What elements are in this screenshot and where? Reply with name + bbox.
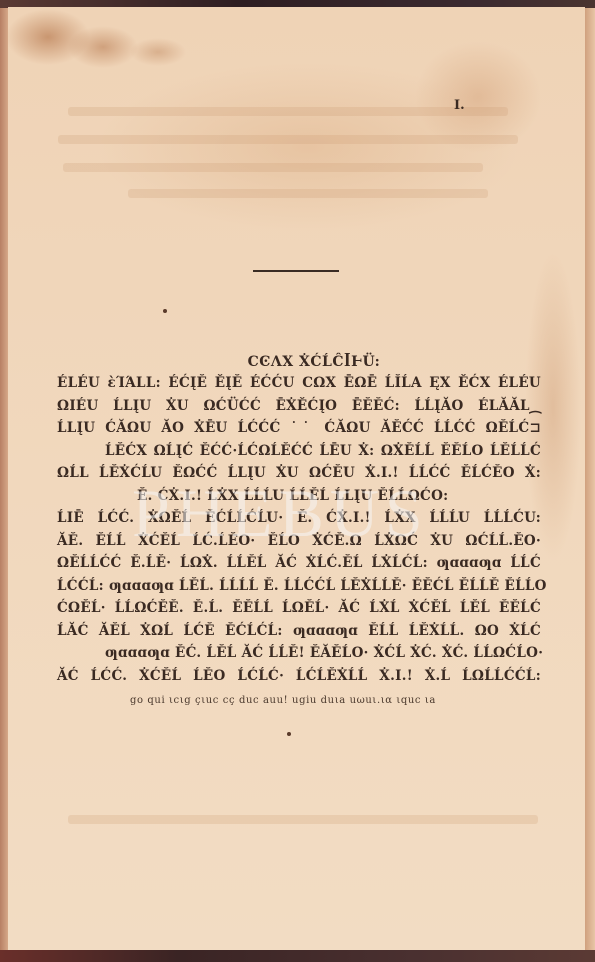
page-left-edge [0, 8, 8, 950]
text-line: ĹLĮU ĆĂΩU ĂO ẊĒU ĹĆĆĆ ˙˙ ĆĂΩU ĂĔĆĆ ĹĹĆĆ … [57, 417, 541, 440]
section-rule [253, 270, 339, 272]
page-right-edge [585, 8, 595, 950]
text-line: ƣɑɑɑƣɑ ĔĆ. ĹĔĹ ĂĆ ĹĹĔ! ĔĂĔĹO· ẊĆĹ ẊĆ. ẊĆ… [57, 642, 541, 665]
ink-speck [163, 309, 167, 313]
page-number: I. [454, 98, 465, 113]
text-line: ĂĆ ĹĆĆ. ẊĆĔĹ ĹĔO ĹĆĹĆ· ĹĆĹĔẊĹĹ Ẋ.I.! Ẋ.Ĺ… [57, 665, 541, 688]
body-text: ϹϾɅX ẊĆĹĈꟾⱵÜ: ÉLÉU ὲΊΆLL: ÉĆĮĔ ĚĮĔ ÉĆĆU … [57, 352, 541, 687]
text-line: ÉLÉU ὲΊΆLL: ÉĆĮĔ ĚĮĔ ÉĆĆU ϹΩX ĒΩĒ ĹĬĹA Ę… [57, 372, 541, 395]
text-line: ĹĆĆĹ: ƣɑɑɑƣɑ ĹĔĹ. ĹĹĹĹ Ĕ. ĹĹĆĆĹ ĹĔẊĹĹĔ· … [57, 575, 541, 598]
bleed-through-text [58, 135, 518, 144]
bleed-through-text [63, 163, 483, 172]
footer-line: go qui ιcιg çιuc cç duc auu! ugiu duιa u… [130, 695, 436, 706]
text-line: Ĕ. ĆẊ.I.! ĹẊX ĹĹĹU ĹĹĔĹ ĹLĮU ĔĹĹΩĆO: [57, 485, 541, 508]
text-line: ĹĔĆX ΩĹĮĆ ĔĆĆ·ĹĆΩĹĔĆĆ ĹĒU Ẋ: ΩẊĔĹĹ ĔĔĹO … [57, 440, 541, 463]
bleed-through-text [68, 815, 538, 824]
text-line: ΩĹL ĹĔẊĆĹU ĔΩĆĆ ĹLĮU ẊU ΩĆĔU Ẋ.I.! ĹĹĆĆ … [57, 462, 541, 485]
bleed-through-text [68, 107, 508, 116]
section-heading: ϹϾɅX ẊĆĹĈꟾⱵÜ: [57, 352, 541, 372]
text-line: ĹĂĆ ĂĔĹ ẊΩĹ ĹĆĔ ĔĆĹĆĹ: ƣɑɑɑƣɑ ĔĹĹ ĹĔẊĹĹ.… [57, 620, 541, 643]
text-line: ĹIĒ ĹĆĆ. ẊΩĔĹ ĔĆĹĹĆĹU· Ĕ. ĆẊ.I.! ĹẊX ĹĹĹ… [57, 507, 541, 530]
text-line: ΩΙÉU ĹLĮU ẊU ΩĆÜĆĆ ĒẊĚĆĮO ĒĔĔĆ: ĹĹĮĂO ÉL… [57, 395, 541, 418]
bleed-through-text [128, 189, 488, 198]
text-line: ĂĔ. ĔĹĹ ẊĆĔĹ ĹĆ.ĹĔO· ĔĹO ẊĆĔ.Ω ĹẊΩĆ ẊU Ω… [57, 530, 541, 553]
ink-speck [287, 732, 291, 736]
scan-bottom-edge [0, 950, 595, 962]
text-line: ĆΩĔĹ· ĹĹΩĆĔĔ. Ĕ.Ĺ. ĔĔĹĹ ĹΩĔĹ· ĂĆ ĹẊĹ ẊĆĔ… [57, 597, 541, 620]
text-line: ΩĔĹĹĆĆ Ĕ.ĹĔ· ĹΩẊ. ĹĹĔĹ ĂĆ ẊĹĆ.ĔĹ ĹẊĹĆĹ: … [57, 552, 541, 575]
